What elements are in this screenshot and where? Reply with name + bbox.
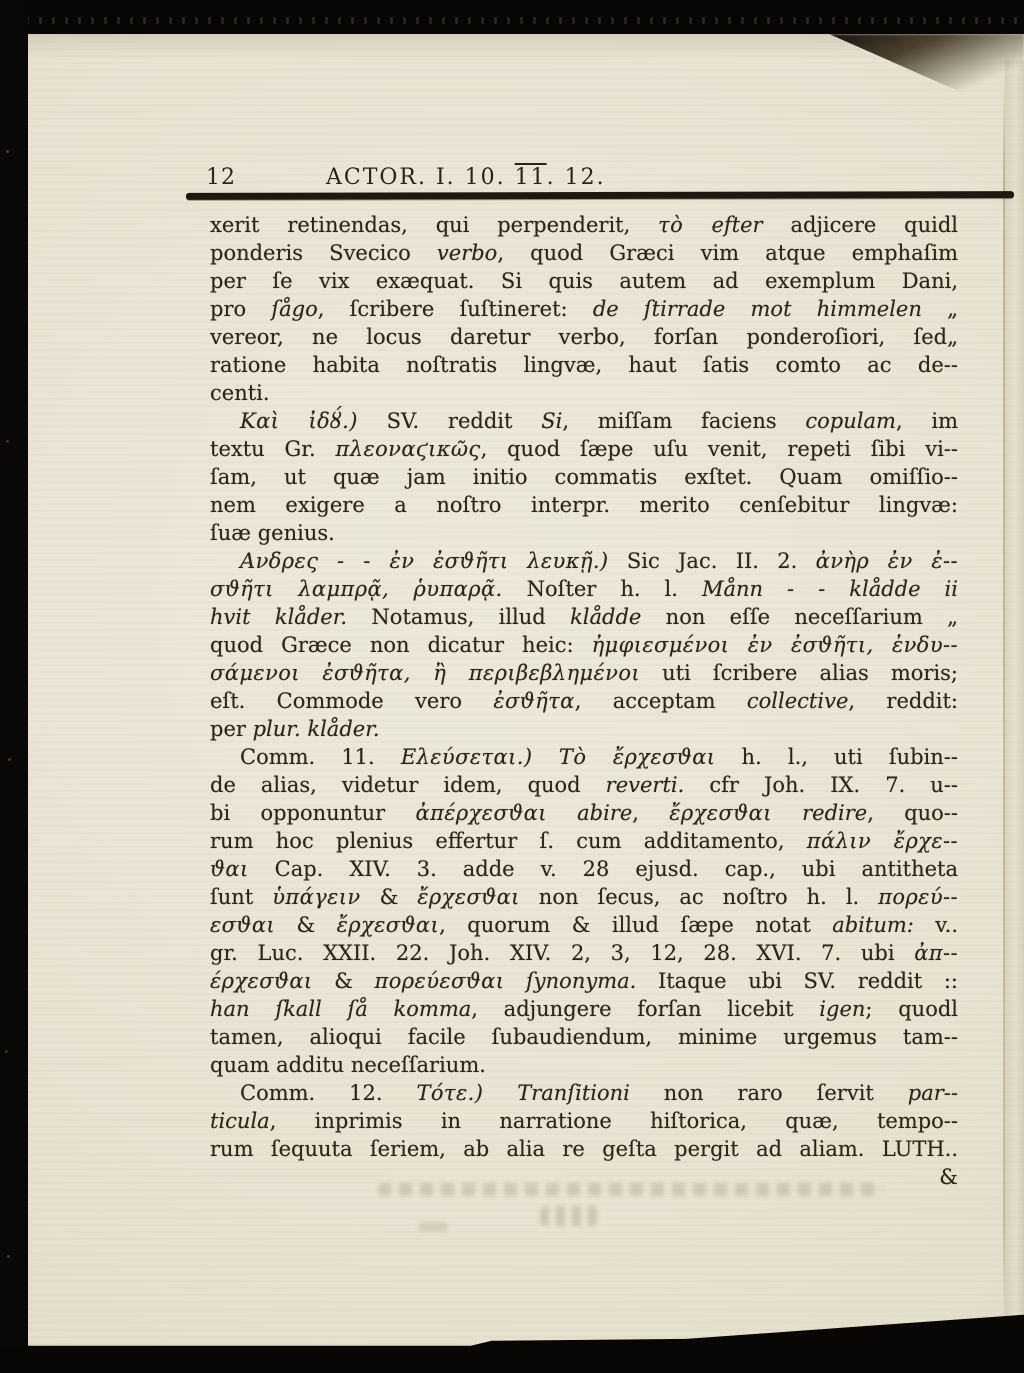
text-line: ſunt ὑπάγειν & ἔρχεσϑαι non ſecus, ac no… bbox=[210, 883, 958, 911]
text-line: per ſe vix exæquat. Si quis autem ad exe… bbox=[210, 267, 958, 295]
text-line: ϑαι Cap. XIV. 3. adde v. 28 ejusd. cap.,… bbox=[210, 855, 958, 883]
text-line: han ſkall ſå komma, adjungere forſan lic… bbox=[210, 995, 958, 1023]
text-line: rum ſequuta ſeriem, ab alia re geſta per… bbox=[210, 1135, 958, 1163]
text-line: σϑῆτι λαμπρᾷ, ῥυπαρᾷ. Noſter h. l. Månn … bbox=[210, 575, 958, 603]
text-line: ratione habita noſtratis lingvæ, haut ſa… bbox=[210, 351, 958, 379]
text-line: hvit klåder. Notamus, illud klådde non e… bbox=[210, 603, 958, 631]
page-edge-crease bbox=[1003, 78, 1005, 1326]
page-edge-strip bbox=[1005, 60, 1024, 1322]
text-line: Καὶ ἰδȣ́.) SV. reddit Si, miſſam faciens… bbox=[210, 407, 958, 435]
text-line: Comm. 12. Τότε.) Tranſitioni non raro ſe… bbox=[210, 1079, 958, 1107]
text-line: per plur. klåder. bbox=[210, 715, 958, 743]
header-title: ACTOR. I. 10. 11. 12. bbox=[326, 165, 606, 190]
text-line: textu Gr. πλεοναϛικῶς, quod ſæpe uſu ven… bbox=[210, 435, 958, 463]
show-through-ghost bbox=[378, 1183, 883, 1196]
text-line: vereor, ne locus daretur verbo, forſan p… bbox=[210, 323, 958, 351]
body-text: xerit retinendas, qui perpenderit, τὸ ef… bbox=[210, 211, 958, 1191]
text-line: bi opponuntur ἀπέρχεσϑαι abire, ἔρχεσϑαι… bbox=[210, 799, 958, 827]
show-through-ghost bbox=[418, 1222, 448, 1232]
text-line: quod Græce non dicatur heic: ἠμφιεσμένοι… bbox=[210, 631, 958, 659]
scan-border-left bbox=[0, 0, 28, 1373]
text-line: ponderis Svecico verbo, quod Græci vim a… bbox=[210, 239, 958, 267]
text-line: nem exigere a noſtro interpr. merito cen… bbox=[210, 491, 958, 519]
text-line: quam additu neceſſarium. bbox=[210, 1051, 958, 1079]
show-through-ghost bbox=[540, 1206, 598, 1226]
text-line: εσϑαι & ἔρχεσϑαι, quorum & illud ſæpe no… bbox=[210, 911, 958, 939]
page-number: 12 bbox=[206, 165, 236, 190]
text-line: de alias, videtur idem, quod reverti. cf… bbox=[210, 771, 958, 799]
text-line: ſam, ut quæ jam initio commatis exſtet. … bbox=[210, 463, 958, 491]
text-line: pro ſågo, ſcribere ſuſtineret: de ſtirra… bbox=[210, 295, 958, 323]
text-line: έρχεσϑαι & πορεύεσϑαι ſynonyma. Itaque u… bbox=[210, 967, 958, 995]
text-line: rum hoc plenius effertur ſ. cum additame… bbox=[210, 827, 958, 855]
scan-border-top bbox=[0, 0, 1024, 34]
text-line: xerit retinendas, qui perpenderit, τὸ ef… bbox=[210, 211, 958, 239]
text-line: gr. Luc. XXII. 22. Joh. XIV. 2, 3, 12, 2… bbox=[210, 939, 958, 967]
text-line: ſuæ genius. bbox=[210, 519, 958, 547]
text-line: tamen, alioqui facile ſubaudiendum, mini… bbox=[210, 1023, 958, 1051]
text-line: Ανδρες - - ἐν ἐσϑῆτι λευκῇ.) Sic Jac. II… bbox=[210, 547, 958, 575]
text-line: eſt. Commode vero ἐσϑῆτα, acceptam colle… bbox=[210, 687, 958, 715]
text-line: Comm. 11. Ελεύσεται.) Τὸ ἔρχεσϑαι h. l.,… bbox=[210, 743, 958, 771]
text-line: ticula, inprimis in narratione hiſtorica… bbox=[210, 1107, 958, 1135]
scanned-book-page: 12 ACTOR. I. 10. 11. 12. xerit retinenda… bbox=[0, 0, 1024, 1373]
text-line: σάμενοι ἐσϑῆτα, ἢ περιβεβλημένοι uti ſcr… bbox=[210, 659, 958, 687]
text-line: centi. bbox=[210, 379, 958, 407]
